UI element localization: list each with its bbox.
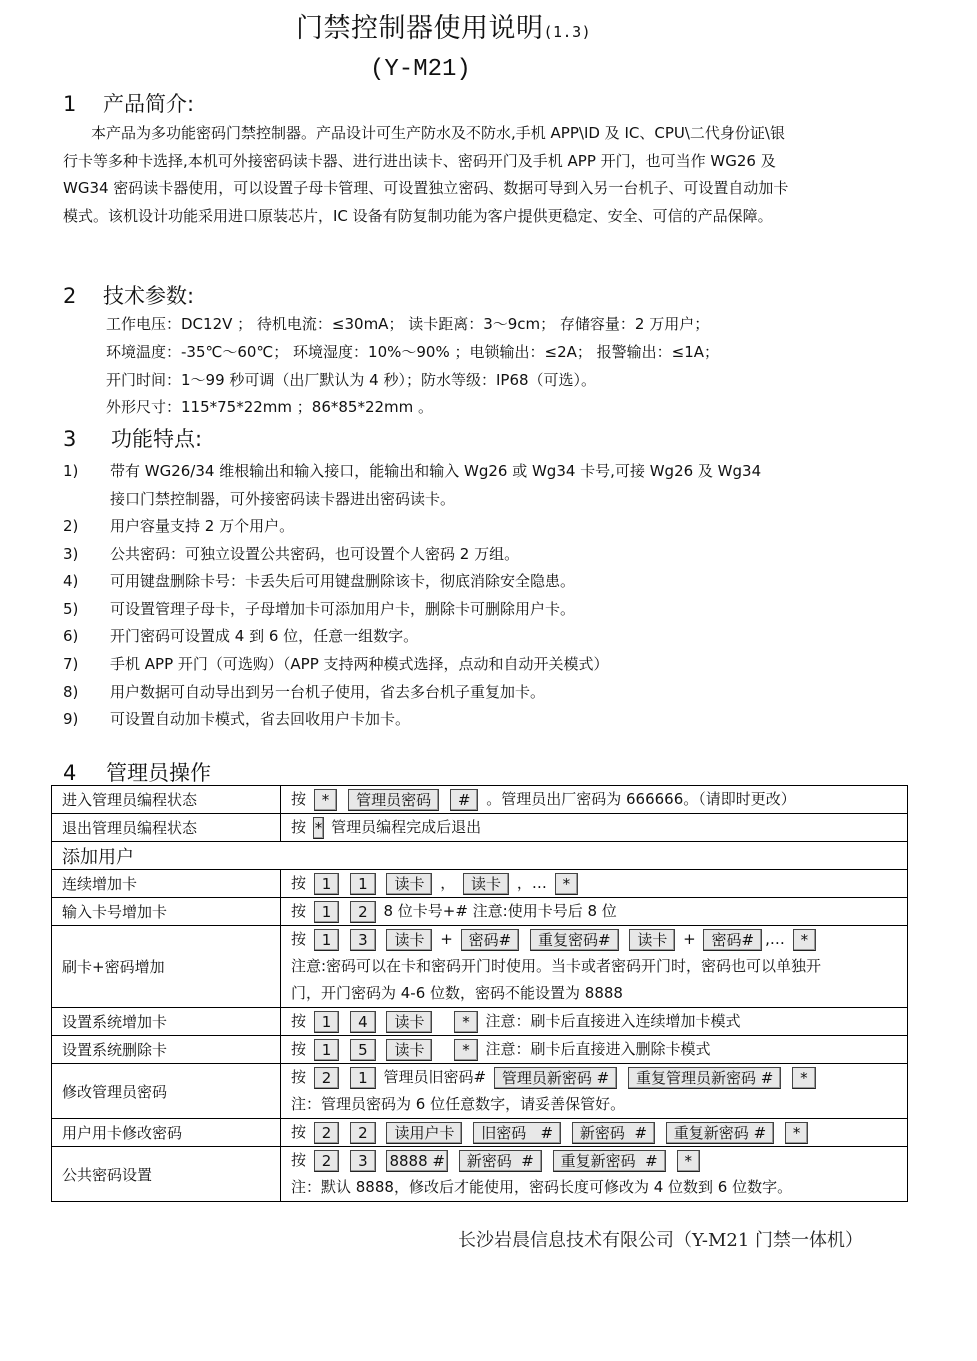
- key-3: 3: [350, 1150, 376, 1172]
- key-read-card: 读卡: [386, 1011, 432, 1033]
- row-note: 。管理员出厂密码为 666666。（请即时更改）: [486, 790, 796, 808]
- feature-item: 4)可用键盘删除卡号：卡丢失后可用键盘删除该卡，彻底消除安全隐患。: [63, 570, 575, 591]
- key-3: 3: [350, 929, 376, 951]
- key-1: 1: [314, 1039, 340, 1061]
- feature-item: 7)手机 APP 开门（可选购）（APP 支持两种模式选择，点动和自动开关模式）: [63, 653, 609, 674]
- key-read-user-card: 读用户卡: [386, 1122, 462, 1144]
- key-read-card: 读卡: [463, 873, 509, 895]
- key-star: *: [792, 1067, 816, 1089]
- table-section-row: 添加用户: [52, 842, 908, 870]
- row-note: 注：默认 8888，修改后才能使用，密码长度可修改为 4 位数到 6 位数字。: [291, 1174, 897, 1201]
- row-note: 门，开门密码为 4-6 位数，密码不能设置为 8888: [291, 980, 897, 1007]
- feature-item: 2)用户容量支持 2 万个用户。: [63, 515, 294, 536]
- key-2: 2: [314, 1122, 340, 1144]
- key-star: *: [785, 1122, 809, 1144]
- table-row: 输入卡号增加卡 按 1 2 8 位卡号+# 注意:使用卡号后 8 位: [52, 898, 908, 926]
- key-admin-password: 管理员密码: [348, 789, 439, 811]
- company-footer: 长沙岩晨信息技术有限公司（Y-M21 门禁一体机）: [458, 1226, 863, 1252]
- key-star: *: [454, 1011, 478, 1033]
- table-row: 刷卡+密码增加 按 1 3 读卡 + 密码# 重复密码# 读卡 + 密码#,… …: [52, 926, 908, 1008]
- key-1: 1: [314, 929, 340, 951]
- key-2: 2: [350, 901, 376, 923]
- key-old-password: 旧密码 #: [473, 1122, 561, 1144]
- key-read-card: 读卡: [386, 873, 432, 895]
- key-password-hash: 密码#: [461, 929, 520, 951]
- row-label: 刷卡+密码增加: [52, 926, 281, 1008]
- feature-item: 9)可设置自动加卡模式，省去回收用户卡加卡。: [63, 708, 410, 729]
- feature-item: 1)带有 WG26/34 维根输出和输入接口，能输出和输入 Wg26 或 Wg3…: [63, 460, 761, 481]
- document-title: 门禁控制器使用说明(1.3): [296, 6, 591, 45]
- row-label: 输入卡号增加卡: [52, 898, 281, 926]
- section-heading-admin: 4管理员操作: [63, 757, 211, 787]
- spec-line: 外形尺寸：115*75*22mm ；86*85*22mm 。: [106, 396, 433, 417]
- intro-paragraph: 本产品为多功能密码门禁控制器。产品设计可生产防水及不防水,手机 APP\ID 及…: [63, 120, 793, 230]
- key-star: *: [454, 1039, 478, 1061]
- table-row: 公共密码设置 按 2 3 8888 # 新密码 # 重复新密码 # * 注：默认…: [52, 1147, 908, 1202]
- section-heading-intro: 1产品简介:: [63, 88, 194, 118]
- key-2: 2: [350, 1122, 376, 1144]
- feature-item-cont: 接口门禁控制器，可外接密码读卡器进出密码读卡。: [110, 488, 455, 509]
- row-note: 8 位卡号+# 注意:使用卡号后 8 位: [383, 902, 616, 920]
- section-add-users: 添加用户: [52, 842, 908, 870]
- feature-item: 6)开门密码可设置成 4 到 6 位，任意一组数字。: [63, 625, 418, 646]
- key-star: *: [314, 789, 338, 811]
- key-1: 1: [314, 901, 340, 923]
- spec-line: 开门时间：1～99 秒可调（出厂默认为 4 秒）；防水等级：IP68（可选）。: [106, 369, 596, 390]
- key-password-hash: 密码#: [703, 929, 762, 951]
- row-note: 注意：刷卡后直接进入连续增加卡模式: [486, 1012, 741, 1030]
- row-label: 进入管理员编程状态: [52, 786, 281, 814]
- key-new-password: 新密码 #: [572, 1122, 655, 1144]
- key-1: 1: [350, 873, 376, 895]
- row-label: 连续增加卡: [52, 870, 281, 898]
- row-label: 用户用卡修改密码: [52, 1119, 281, 1147]
- feature-item: 3)公共密码：可独立设置公共密码，也可设置个人密码 2 万组。: [63, 543, 519, 564]
- key-5: 5: [350, 1039, 376, 1061]
- table-row: 修改管理员密码 按 2 1 管理员旧密码# 管理员新密码 # 重复管理员新密码 …: [52, 1064, 908, 1119]
- table-row: 进入管理员编程状态 按 * 管理员密码 # 。管理员出厂密码为 666666。（…: [52, 786, 908, 814]
- key-hash: #: [450, 789, 479, 811]
- key-read-card: 读卡: [386, 929, 432, 951]
- key-1: 1: [314, 873, 340, 895]
- feature-item: 8)用户数据可自动导出到另一台机子使用，省去多台机子重复加卡。: [63, 681, 545, 702]
- key-2: 2: [314, 1150, 340, 1172]
- row-label: 修改管理员密码: [52, 1064, 281, 1119]
- key-star: *: [677, 1150, 701, 1172]
- version-label: (1.3): [544, 23, 592, 41]
- spec-line: 环境温度：-35℃～60℃； 环境湿度：10%～90% ；电锁输出：≤2A； 报…: [106, 341, 719, 362]
- key-new-password: 新密码 #: [459, 1150, 542, 1172]
- section-heading-specs: 2技术参数:: [63, 280, 194, 310]
- key-read-card: 读卡: [386, 1039, 432, 1061]
- table-row: 设置系统增加卡 按 1 4 读卡 * 注意：刷卡后直接进入连续增加卡模式: [52, 1008, 908, 1036]
- admin-operations-table: 进入管理员编程状态 按 * 管理员密码 # 。管理员出厂密码为 666666。（…: [51, 785, 908, 1202]
- key-2: 2: [314, 1067, 340, 1089]
- table-row: 用户用卡修改密码 按 2 2 读用户卡 旧密码 # 新密码 # 重复新密码 # …: [52, 1119, 908, 1147]
- spec-line: 工作电压：DC12V ； 待机电流：≤30mA； 读卡距离：3～9cm； 存储容…: [106, 313, 709, 334]
- row-note: 注意:密码可以在卡和密码开门时使用。当卡或者密码开门时，密码也可以单独开: [291, 953, 897, 980]
- key-star: *: [793, 929, 817, 951]
- key-star: *: [313, 817, 325, 839]
- table-row: 设置系统删除卡 按 1 5 读卡 * 注意：刷卡后直接进入删除卡模式: [52, 1036, 908, 1064]
- table-row: 连续增加卡 按 1 1 读卡 ， 读卡 ，… *: [52, 870, 908, 898]
- key-star: *: [555, 873, 579, 895]
- key-4: 4: [350, 1011, 376, 1033]
- key-repeat-password: 重复密码#: [530, 929, 619, 951]
- key-repeat-new-password: 重复新密码 #: [553, 1150, 666, 1172]
- key-repeat-admin-password: 重复管理员新密码 #: [628, 1067, 781, 1089]
- section-heading-features: 3功能特点:: [63, 423, 202, 453]
- key-1: 1: [350, 1067, 376, 1089]
- key-new-admin-password: 管理员新密码 #: [494, 1067, 617, 1089]
- row-note: 注意：刷卡后直接进入删除卡模式: [486, 1040, 711, 1058]
- row-label: 公共密码设置: [52, 1147, 281, 1202]
- row-label: 退出管理员编程状态: [52, 814, 281, 842]
- key-repeat-new-password: 重复新密码 #: [666, 1122, 774, 1144]
- table-row: 退出管理员编程状态 按 * 管理员编程完成后退出: [52, 814, 908, 842]
- key-read-card: 读卡: [629, 929, 675, 951]
- row-note: 管理员编程完成后退出: [331, 818, 481, 836]
- feature-item: 5)可设置管理子母卡，子母增加卡可添加用户卡，删除卡可删除用户卡。: [63, 598, 575, 619]
- row-label: 设置系统删除卡: [52, 1036, 281, 1064]
- key-1: 1: [314, 1011, 340, 1033]
- key-default-password: 8888 #: [386, 1150, 448, 1172]
- model-label: (Y-M21): [370, 56, 471, 83]
- row-label: 设置系统增加卡: [52, 1008, 281, 1036]
- row-note: 注：管理员密码为 6 位任意数字，请妥善保管好。: [291, 1091, 897, 1118]
